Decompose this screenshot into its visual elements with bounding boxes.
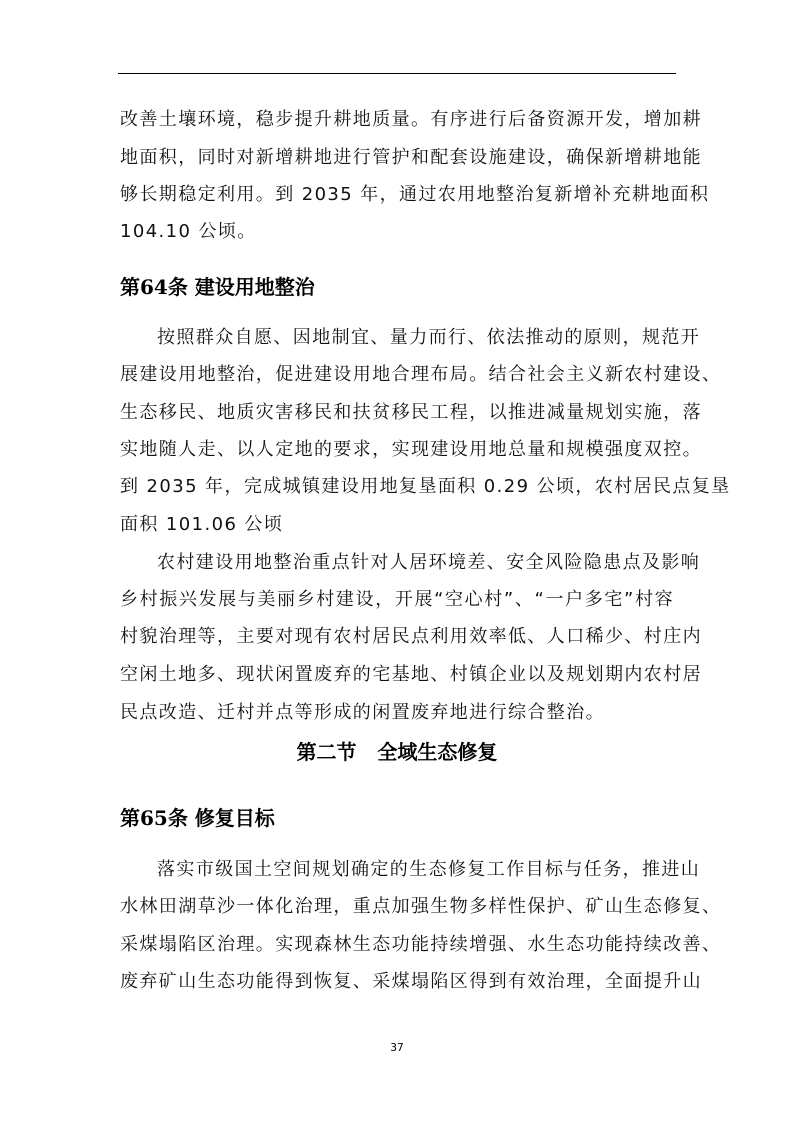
text-line: 落实市级国土空间规划确定的生态修复工作目标与任务，推进山 bbox=[157, 858, 674, 882]
text-line: 村貌治理等，主要对现有农村居民点利用效率低、人口稀少、村庄内 bbox=[120, 625, 674, 649]
text-line: 生态移民、地质灾害移民和扶贫移民工程，以推进减量规划实施，落 bbox=[120, 401, 674, 425]
text-line: 水林田湖草沙一体化治理，重点加强生物多样性保护、矿山生态修复、 bbox=[120, 895, 674, 919]
text-line: 地面积，同时对新增耕地进行管护和配套设施建设，确保新增耕地能 bbox=[120, 146, 674, 170]
text-line: 农村建设用地整治重点针对人居环境差、安全风险隐患点及影响 bbox=[157, 551, 674, 575]
article-heading-65: 第65条 修复目标 bbox=[120, 804, 275, 832]
text-line: 废弃矿山生态功能得到恢复、采煤塌陷区得到有效治理，全面提升山 bbox=[120, 970, 674, 994]
text-line: 实地随人走、以人定地的要求，实现建设用地总量和规模强度双控。 bbox=[120, 438, 674, 462]
article-heading-64: 第64条 建设用地整治 bbox=[120, 273, 315, 301]
text-line: 到 2035 年，完成城镇建设用地复垦面积 0.29 公顷，农村居民点复垦 bbox=[120, 475, 674, 499]
text-line: 采煤塌陷区治理。实现森林生态功能持续增强、水生态功能持续改善、 bbox=[120, 933, 674, 957]
section-heading: 第二节 全域生态修复 bbox=[0, 738, 794, 766]
text-line: 民点改造、迁村并点等形成的闲置废弃地进行综合整治。 bbox=[120, 701, 674, 725]
text-line: 够长期稳定利用。到 2035 年，通过农用地整治复新增补充耕地面积 bbox=[120, 183, 674, 207]
text-line: 乡村振兴发展与美丽乡村建设，开展“空心村”、“一户多宅”村容 bbox=[120, 588, 674, 612]
text-line: 104.10 公顷。 bbox=[120, 220, 674, 244]
text-line: 改善土壤环境，稳步提升耕地质量。有序进行后备资源开发，增加耕 bbox=[120, 108, 674, 132]
text-line: 面积 101.06 公顷 bbox=[120, 513, 674, 537]
text-line: 展建设用地整治，促进建设用地合理布局。结合社会主义新农村建设、 bbox=[120, 363, 674, 387]
text-line: 空闲土地多、现状闲置废弃的宅基地、村镇企业以及规划期内农村居 bbox=[120, 663, 674, 687]
header-rule bbox=[118, 73, 676, 74]
text-line: 按照群众自愿、因地制宜、量力而行、依法推动的原则，规范开 bbox=[157, 326, 674, 350]
page-number: 37 bbox=[0, 1041, 794, 1054]
